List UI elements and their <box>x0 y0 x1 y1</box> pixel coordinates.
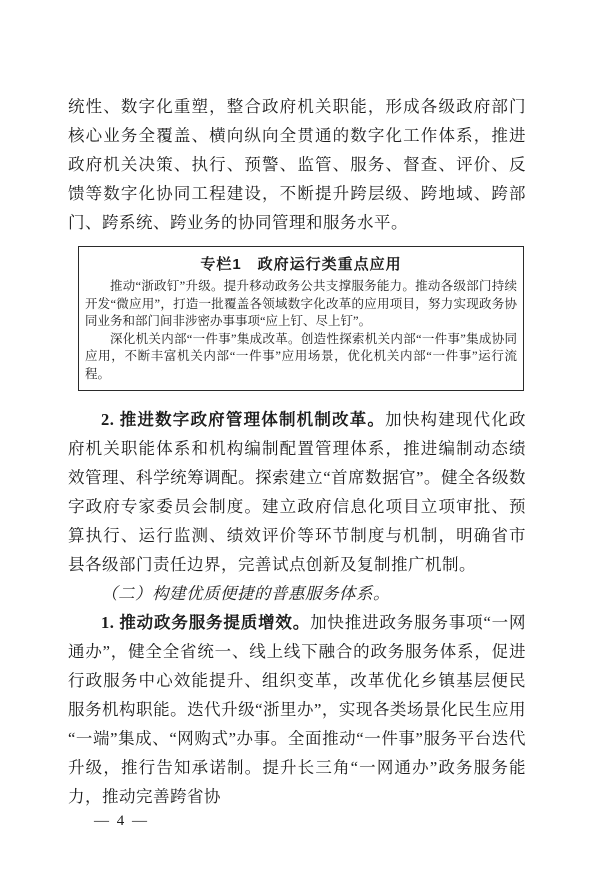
paragraph-item-2: 2. 推进数字政府管理体制机制改革。加快构建现代化政府机关职能体系和机构编制配置… <box>68 405 526 579</box>
column-box: 专栏1 政府运行类重点应用 推动“浙政钉”升级。提升移动政务公共支撑服务能力。推… <box>78 246 524 391</box>
page-number: — 4 — <box>94 813 526 830</box>
paragraph-item-1: 1. 推动政务服务提质增效。加快推进政务服务事项“一网通办”，健全全省统一、线上… <box>68 608 526 811</box>
page-content: 统性、数字化重塑，整合政府机关职能，形成各级政府部门核心业务全覆盖、横向纵向全贯… <box>68 92 526 830</box>
column-box-paragraph-1: 推动“浙政钉”升级。提升移动政务公共支撑服务能力。推动各级部门持续开发“微应用”… <box>85 278 517 331</box>
item-2-lead: 2. 推进数字政府管理体制机制改革。 <box>101 410 385 429</box>
item-2-body: 加快构建现代化政府机关职能体系和机构编制配置管理体系，推进编制动态绩效管理、科学… <box>68 410 526 574</box>
section-2-heading: （二）构建优质便捷的普惠服务体系。 <box>68 579 526 608</box>
item-1-lead: 1. 推动政务服务提质增效。 <box>101 613 310 632</box>
item-1-body: 加快推进政务服务事项“一网通办”，健全全省统一、线上线下融合的政务服务体系，促进… <box>68 613 526 806</box>
document-page: 统性、数字化重塑，整合政府机关职能，形成各级政府部门核心业务全覆盖、横向纵向全贯… <box>0 0 600 872</box>
paragraph-continuation: 统性、数字化重塑，整合政府机关职能，形成各级政府部门核心业务全覆盖、横向纵向全贯… <box>68 92 526 237</box>
column-box-paragraph-2: 深化机关内部“一件事”集成改革。创造性探索机关内部“一件事”集成协同应用，不断丰… <box>85 331 517 384</box>
column-box-title: 专栏1 政府运行类重点应用 <box>85 253 517 274</box>
